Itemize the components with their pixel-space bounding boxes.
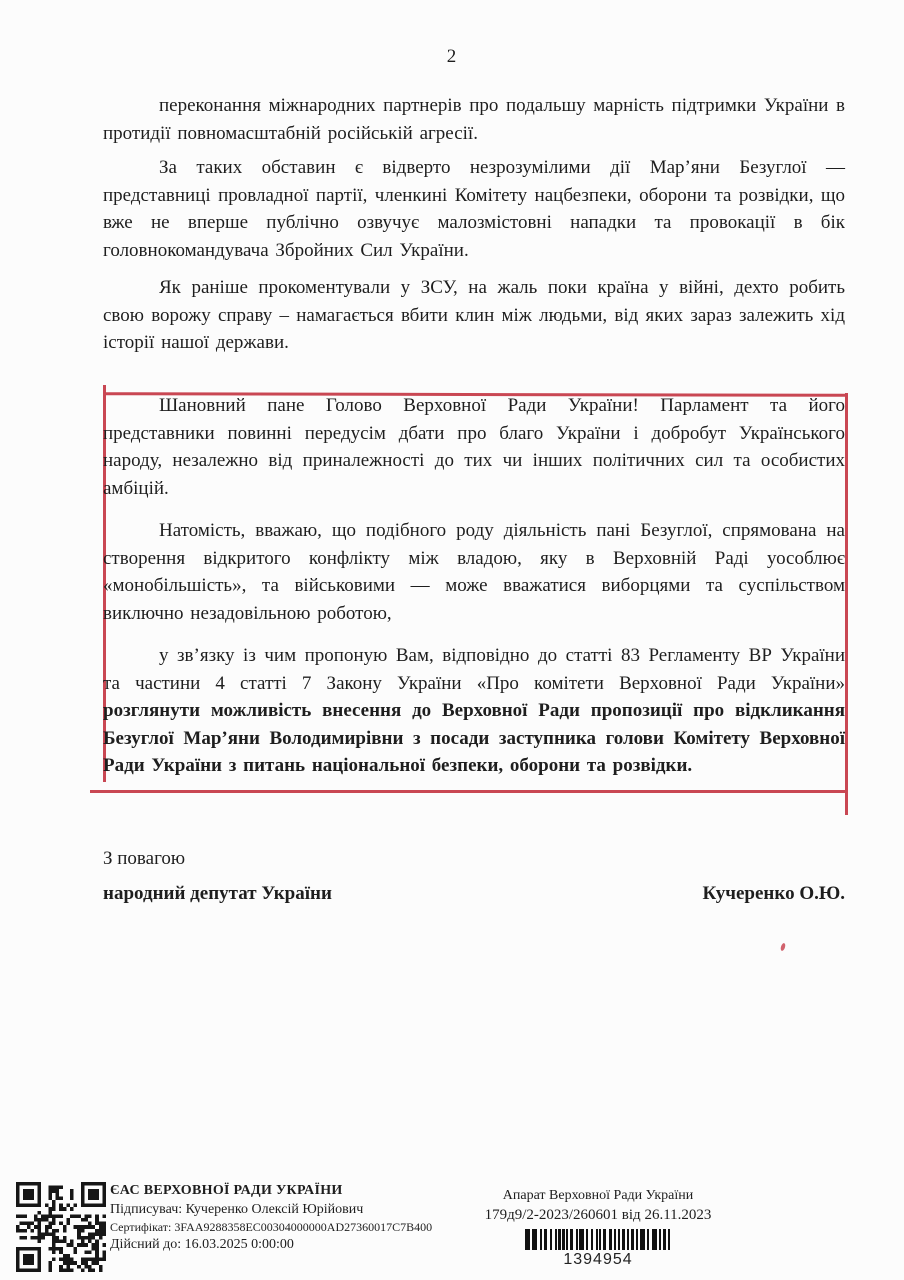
- signature-row: народний депутат України Кучеренко О.Ю.: [103, 883, 845, 905]
- registration-block: Апарат Верховної Ради України 179д9/2-20…: [460, 1186, 736, 1269]
- boxed-paragraph-3-bold: розглянути можливість внесення до Верхов…: [103, 700, 845, 776]
- red-box-right-line: [845, 393, 848, 815]
- document-page: 2 переконання міжнародних партнерів про …: [0, 0, 904, 1280]
- boxed-paragraph-3: у зв’язку із чим пропоную Вам, відповідн…: [103, 642, 845, 780]
- barcode-icon: [460, 1229, 736, 1250]
- closing-line: З повагою: [103, 848, 185, 870]
- barcode-number: 1394954: [460, 1251, 736, 1269]
- signer-info: Підписувач: Кучеренко Олексій Юрійович: [110, 1202, 363, 1218]
- boxed-paragraph-2: Натомість, вважаю, що подібного роду дія…: [103, 517, 845, 627]
- red-pen-mark: [780, 943, 786, 952]
- validity-info: Дійсний до: 16.03.2025 0:00:00: [110, 1237, 294, 1253]
- red-annotation-box: Шановний пане Голово Верховної Ради Укра…: [90, 385, 848, 815]
- eas-title: ЄАС ВЕРХОВНОЇ РАДИ УКРАЇНИ: [110, 1183, 343, 1199]
- page-number: 2: [0, 46, 904, 68]
- paragraph-1: переконання міжнародних партнерів про по…: [103, 92, 845, 147]
- certificate-info: Сертифікат: 3FAA9288358EC00304000000AD27…: [110, 1220, 432, 1235]
- registration-line: 179д9/2-2023/260601 від 26.11.2023: [460, 1205, 736, 1225]
- boxed-text-block: Шановний пане Голово Верховної Ради Укра…: [103, 392, 845, 795]
- paragraph-3: Як раніше прокоментували у ЗСУ, на жаль …: [103, 274, 845, 357]
- apparatus-line: Апарат Верховної Ради України: [460, 1186, 736, 1205]
- signer-name: Кучеренко О.Ю.: [702, 883, 845, 905]
- signer-role: народний депутат України: [103, 883, 332, 905]
- paragraph-2: За таких обставин є відверто незрозуміли…: [103, 154, 845, 264]
- qr-code-icon: [16, 1182, 106, 1272]
- boxed-paragraph-1: Шановний пане Голово Верховної Ради Укра…: [103, 392, 845, 502]
- boxed-paragraph-3-lead: у зв’язку із чим пропоную Вам, відповідн…: [103, 645, 845, 694]
